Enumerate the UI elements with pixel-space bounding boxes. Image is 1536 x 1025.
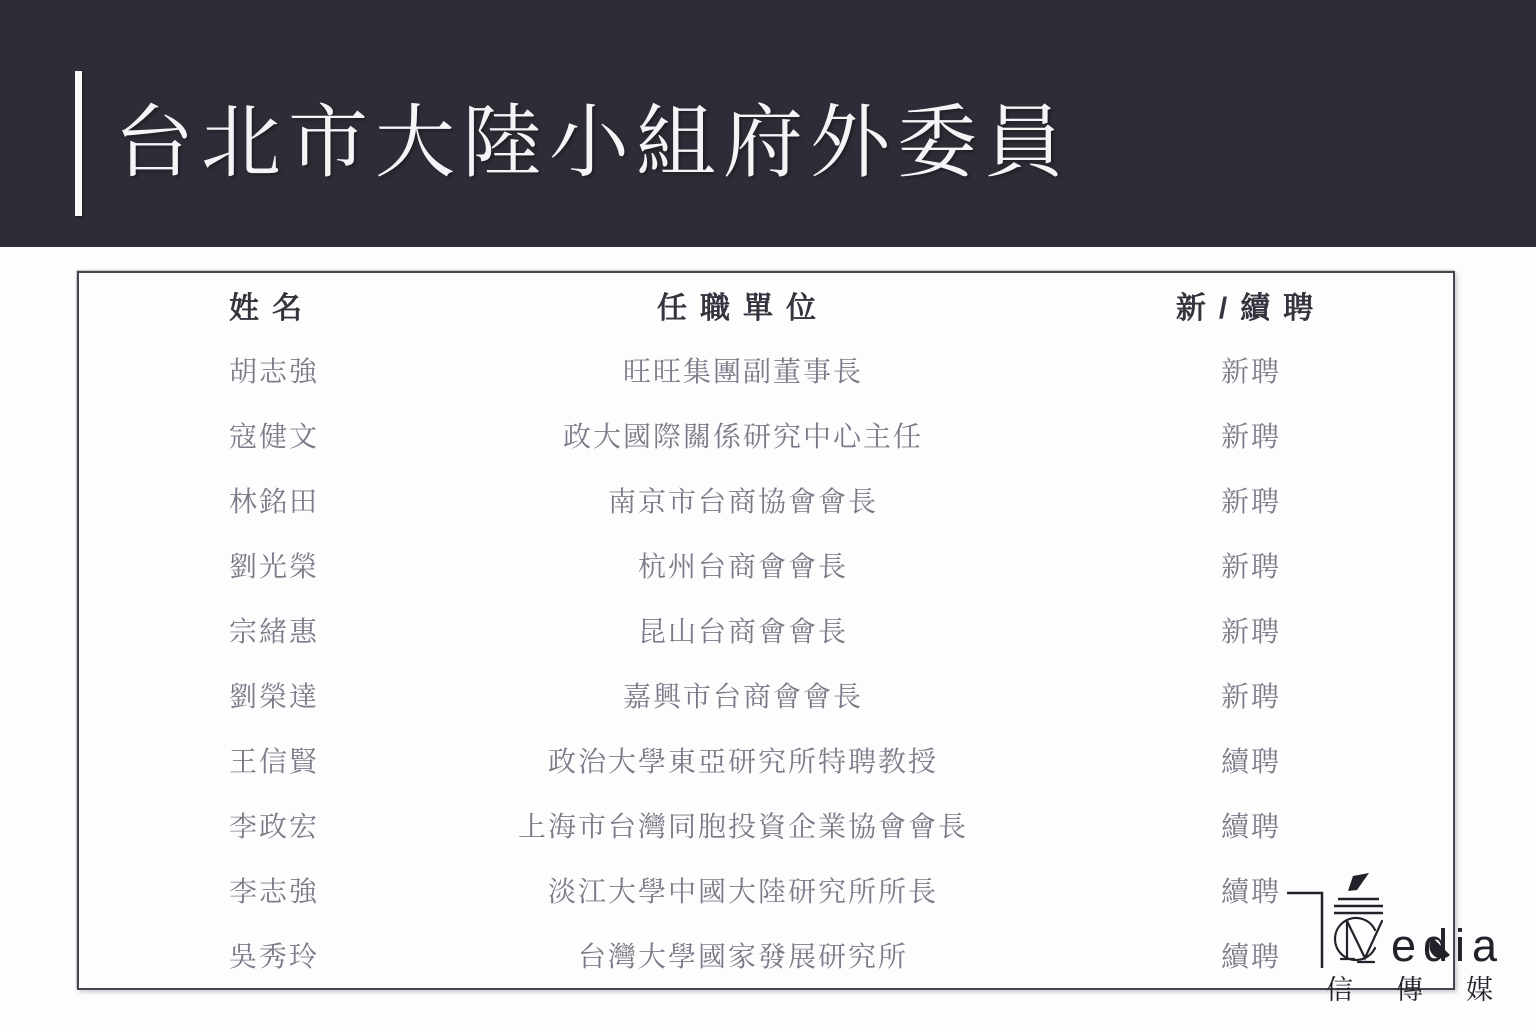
table-row: 李志強淡江大學中國大陸研究所所長續聘 xyxy=(79,858,1453,923)
table-row: 宗緒惠昆山台商會會長新聘 xyxy=(79,597,1453,662)
cell-org: 昆山台商會會長 xyxy=(437,597,1049,662)
cell-status: 新聘 xyxy=(1049,402,1453,467)
cell-name: 李志強 xyxy=(79,858,437,923)
cell-org: 上海市台灣同胞投資企業協會會長 xyxy=(437,793,1049,858)
table-row: 吳秀玲台灣大學國家發展研究所續聘 xyxy=(79,923,1453,988)
cell-status: 新聘 xyxy=(1049,337,1453,402)
table-row: 胡志強旺旺集團副董事長新聘 xyxy=(79,337,1453,402)
cell-org: 旺旺集團副董事長 xyxy=(437,337,1049,402)
logo-cjk-char-2: 傳 xyxy=(1396,975,1423,1005)
cell-org: 台灣大學國家發展研究所 xyxy=(437,923,1049,988)
table-row: 王信賢政治大學東亞研究所特聘教授續聘 xyxy=(79,728,1453,793)
cell-status: 續聘 xyxy=(1049,793,1453,858)
cell-org: 政大國際關係研究中心主任 xyxy=(437,402,1049,467)
cell-name: 宗緒惠 xyxy=(79,597,437,662)
logo-cjk-char-3: 媒 xyxy=(1466,975,1493,1005)
column-header-org: 任職單位 xyxy=(437,273,1049,337)
table-header-row: 姓名 任職單位 新/續聘 xyxy=(79,273,1453,337)
table-row: 林銘田南京市台商協會會長新聘 xyxy=(79,467,1453,532)
cell-org: 南京市台商協會會長 xyxy=(437,467,1049,532)
cmedia-cm-monogram-icon xyxy=(1335,918,1382,962)
cell-name: 吳秀玲 xyxy=(79,923,437,988)
cell-name: 寇健文 xyxy=(79,402,437,467)
cell-status: 續聘 xyxy=(1049,728,1453,793)
cell-name: 胡志強 xyxy=(79,337,437,402)
table-body: 胡志強旺旺集團副董事長新聘寇健文政大國際關係研究中心主任新聘林銘田南京市台商協會… xyxy=(79,337,1453,988)
table-row: 劉光榮杭州台商會會長新聘 xyxy=(79,532,1453,597)
cell-status: 新聘 xyxy=(1049,662,1453,727)
logo-callout-line xyxy=(1287,893,1322,968)
cmedia-logo: edia 信 傳 媒 xyxy=(1268,858,1536,1025)
cell-name: 林銘田 xyxy=(79,467,437,532)
page-title: 台北市大陸小組府外委員 xyxy=(114,70,1071,216)
cmedia-speech-mark-icon xyxy=(1334,873,1383,913)
cell-status: 新聘 xyxy=(1049,467,1453,532)
committee-table: 姓名 任職單位 新/續聘 胡志強旺旺集團副董事長新聘寇健文政大國際關係研究中心主… xyxy=(79,273,1453,988)
cell-org: 淡江大學中國大陸研究所所長 xyxy=(437,858,1049,923)
logo-wordmark-text: edia xyxy=(1391,920,1504,971)
cell-org: 杭州台商會會長 xyxy=(437,532,1049,597)
cell-name: 劉光榮 xyxy=(79,532,437,597)
cell-org: 政治大學東亞研究所特聘教授 xyxy=(437,728,1049,793)
cell-org: 嘉興市台商會會長 xyxy=(437,662,1049,727)
title-accent-bar xyxy=(75,71,82,216)
title-band: 台北市大陸小組府外委員 xyxy=(0,0,1536,247)
logo-cjk-char-1: 信 xyxy=(1326,975,1353,1005)
cell-name: 李政宏 xyxy=(79,793,437,858)
cell-status: 新聘 xyxy=(1049,532,1453,597)
column-header-status: 新/續聘 xyxy=(1049,273,1453,337)
cell-status: 新聘 xyxy=(1049,597,1453,662)
column-header-name: 姓名 xyxy=(79,273,437,337)
table-row: 劉榮達嘉興市台商會會長新聘 xyxy=(79,662,1453,727)
table-row: 寇健文政大國際關係研究中心主任新聘 xyxy=(79,402,1453,467)
table-row: 李政宏上海市台灣同胞投資企業協會會長續聘 xyxy=(79,793,1453,858)
cell-name: 王信賢 xyxy=(79,728,437,793)
cell-name: 劉榮達 xyxy=(79,662,437,727)
committee-table-frame: 姓名 任職單位 新/續聘 胡志強旺旺集團副董事長新聘寇健文政大國際關係研究中心主… xyxy=(77,271,1455,990)
